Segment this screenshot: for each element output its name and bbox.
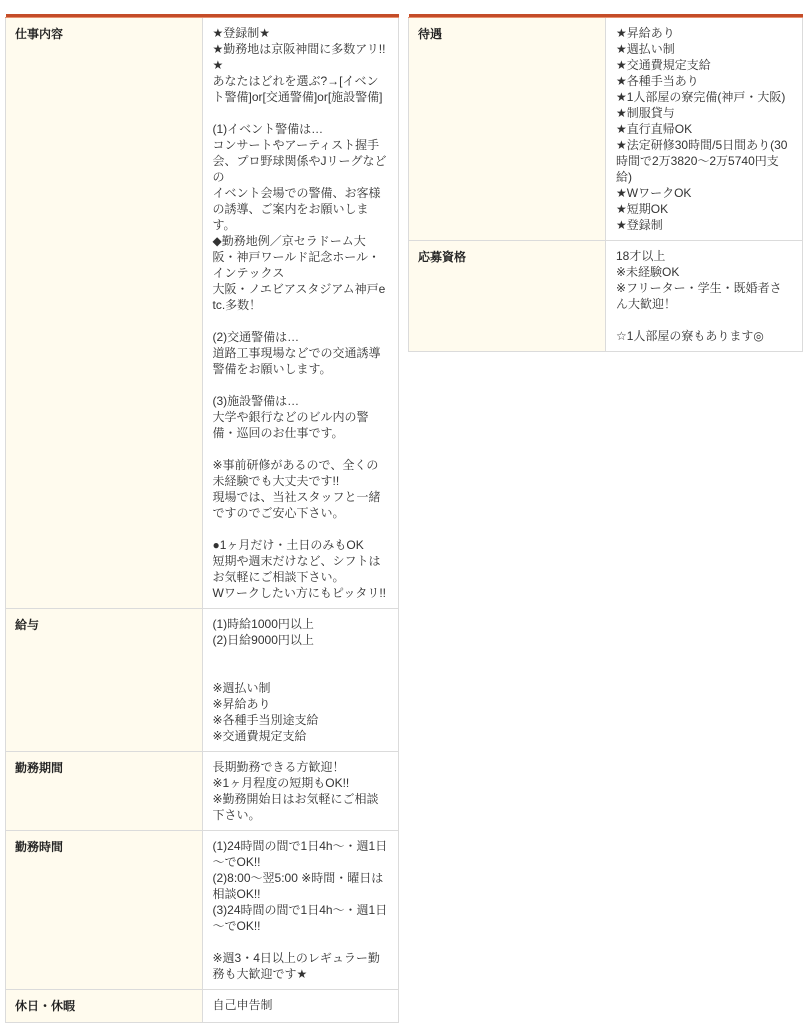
row-content-qualifications: 18才以上 ※未経験OK ※フリーター・学生・既婚者さん大歓迎！ ☆1人部屋の寮… [606,241,803,352]
row-work-period: 勤務期間 長期勤務できる方歓迎！ ※1ヶ月程度の短期もOK!! ※勤務開始日はお… [6,752,399,831]
job-details-table: 仕事内容 ★登録制★ ★勤務地は京阪神間に多数アリ!!★ あなたはどれを選ぶ?→… [5,14,399,1023]
row-label-work-hours: 勤務時間 [6,831,203,990]
row-content-job-description: ★登録制★ ★勤務地は京阪神間に多数アリ!!★ あなたはどれを選ぶ?→[イベント… [202,18,399,609]
row-label-holidays: 休日・休暇 [6,990,203,1023]
row-benefits: 待遇 ★昇給あり ★週払い制 ★交通費規定支給 ★各種手当あり ★1人部屋の寮完… [409,18,803,241]
job-posting-page: 仕事内容 ★登録制★ ★勤務地は京阪神間に多数アリ!!★ あなたはどれを選ぶ?→… [0,0,810,708]
row-label-salary: 給与 [6,609,203,752]
row-content-holidays: 自己申告制 [202,990,399,1023]
row-label-job-description: 仕事内容 [6,18,203,609]
row-content-salary: (1)時給1000円以上 (2)日給9000円以上 ※週払い制 ※昇給あり ※各… [202,609,399,752]
row-label-qualifications: 応募資格 [409,241,606,352]
row-job-description: 仕事内容 ★登録制★ ★勤務地は京阪神間に多数アリ!!★ あなたはどれを選ぶ?→… [6,18,399,609]
row-label-benefits: 待遇 [409,18,606,241]
row-label-work-period: 勤務期間 [6,752,203,831]
row-qualifications: 応募資格 18才以上 ※未経験OK ※フリーター・学生・既婚者さん大歓迎！ ☆1… [409,241,803,352]
row-work-hours: 勤務時間 (1)24時間の間で1日4h～・週1日～でOK!! (2)8:00～翌… [6,831,399,990]
row-content-work-hours: (1)24時間の間で1日4h～・週1日～でOK!! (2)8:00～翌5:00 … [202,831,399,990]
benefits-table: 待遇 ★昇給あり ★週払い制 ★交通費規定支給 ★各種手当あり ★1人部屋の寮完… [408,14,803,352]
row-content-work-period: 長期勤務できる方歓迎！ ※1ヶ月程度の短期もOK!! ※勤務開始日はお気軽にご相… [202,752,399,831]
tables-wrap: 仕事内容 ★登録制★ ★勤務地は京阪神間に多数アリ!!★ あなたはどれを選ぶ?→… [0,0,810,1023]
row-content-benefits: ★昇給あり ★週払い制 ★交通費規定支給 ★各種手当あり ★1人部屋の寮完備(神… [606,18,803,241]
row-holidays: 休日・休暇 自己申告制 [6,990,399,1023]
row-salary: 給与 (1)時給1000円以上 (2)日給9000円以上 ※週払い制 ※昇給あり… [6,609,399,752]
